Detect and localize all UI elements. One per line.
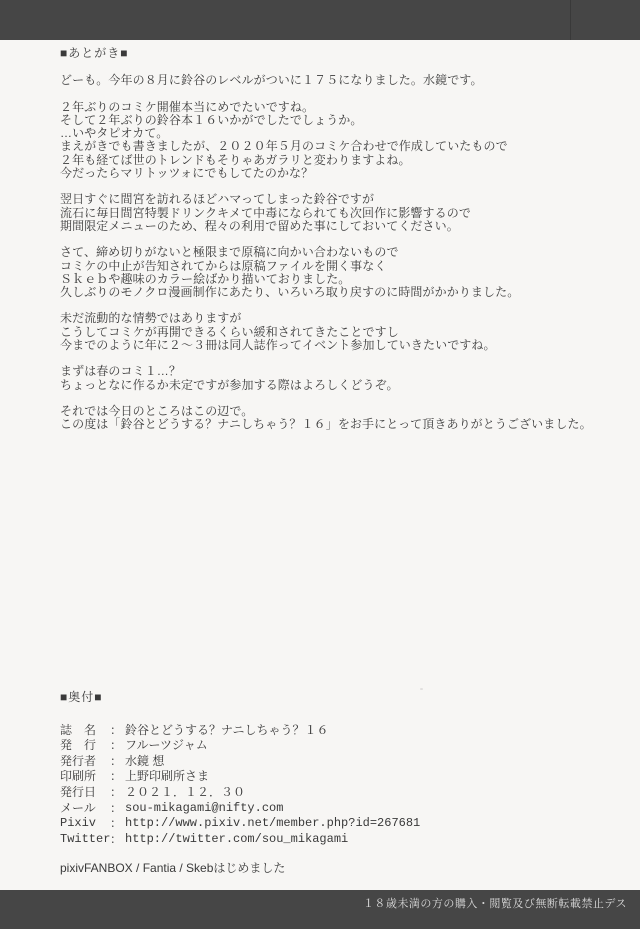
colophon-row-value: 水鏡 想 <box>125 754 620 770</box>
colophon-row-value: 上野印刷所さま <box>125 769 620 785</box>
afterword-section: ■あとがき■ どーも。今年の８月に鈴谷のレベルがついに１７５になりました。水鏡で… <box>60 47 620 445</box>
afterword-line: どーも。今年の８月に鈴谷のレベルがついに１７５になりました。水鏡です。 <box>60 74 620 87</box>
afterword-paragraph: 翌日すぐに間宮を訪れるほどハマってしまった鈴谷ですが流石に毎日間宮特製ドリンクキ… <box>60 193 620 233</box>
afterword-paragraph: それでは今日のところはこの辺で。この度は「鈴谷とどうする？ナニしちゃう？１６」を… <box>60 405 620 432</box>
colophon-row-colon: ： <box>107 723 125 739</box>
top-scan-bar <box>0 0 640 40</box>
colophon-footer-note: pixivFANBOX / Fantia / Skebはじめました <box>60 861 620 877</box>
colophon-row: 発 行：フルーツジャム <box>60 738 620 754</box>
afterword-line: さて、締め切りがないと極限まで原稿に向かい合わないもので <box>60 246 620 259</box>
afterword-line: そして２年ぶりの鈴谷本１６いかがでしたでしょうか。 <box>60 114 620 127</box>
colophon-row-colon: ： <box>107 738 125 754</box>
colophon-row-label: 発行者 <box>60 754 107 770</box>
afterword-line: 今だったらマリトッツォにでもしてたのかな？ <box>60 167 620 180</box>
colophon-row: メール：sou-mikagami@nifty.com <box>60 801 620 817</box>
colophon-row-colon: ： <box>107 801 125 817</box>
afterword-paragraph: ２年ぶりのコミケ開催本当にめでたいですね。そして２年ぶりの鈴谷本１６いかがでした… <box>60 101 620 181</box>
afterword-line: 未だ流動的な情勢ではありますが <box>60 312 620 325</box>
afterword-line: この度は「鈴谷とどうする？ナニしちゃう？１６」をお手にとって頂きありがとうござい… <box>60 418 620 431</box>
colophon-heading: ■奥付■ <box>60 690 620 706</box>
afterword-line: 今までのように年に２～３冊は同人誌作ってイベント参加していきたいですね。 <box>60 339 620 352</box>
colophon-row: Pixiv：http://www.pixiv.net/member.php?id… <box>60 816 620 832</box>
colophon-row-value: http://www.pixiv.net/member.php?id=26768… <box>125 816 620 832</box>
afterword-paragraph: まずは春のコミ１…？ちょっとなに作るか未定ですが参加する際はよろしくどうぞ。 <box>60 365 620 392</box>
colophon-row-value: http://twitter.com/sou_mikagami <box>125 832 620 848</box>
afterword-heading: ■あとがき■ <box>60 47 620 60</box>
colophon-row-value: ２０２１．１２．３０ <box>125 785 620 801</box>
afterword-paragraph: さて、締め切りがないと極限まで原稿に向かい合わないものでコミケの中止が告知されて… <box>60 246 620 299</box>
afterword-line: 期間限定メニューのため、程々の利用で留めた事にしておいてください。 <box>60 220 620 233</box>
colophon-row-label: Twitter <box>60 832 107 848</box>
colophon-row-value: 鈴谷とどうする？ナニしちゃう？１６ <box>125 723 620 739</box>
colophon-row-value: フルーツジャム <box>125 738 620 754</box>
colophon-row-value: sou-mikagami@nifty.com <box>125 801 620 817</box>
colophon-row: 発行日：２０２１．１２．３０ <box>60 785 620 801</box>
afterword-line: ちょっとなに作るか未定ですが参加する際はよろしくどうぞ。 <box>60 379 620 392</box>
scanned-doujinshi-page: ■あとがき■ どーも。今年の８月に鈴谷のレベルがついに１７５になりました。水鏡で… <box>0 0 640 929</box>
colophon-row-label: 発 行 <box>60 738 107 754</box>
colophon-section: ■奥付■ 誌 名：鈴谷とどうする？ナニしちゃう？１６発 行：フルーツジャム発行者… <box>60 690 620 877</box>
afterword-paragraph: 未だ流動的な情勢ではありますがこうしてコミケが再開できるくらい緩和されてきたこと… <box>60 312 620 352</box>
colophon-row-colon: ： <box>107 832 125 848</box>
colophon-row-label: 発行日 <box>60 785 107 801</box>
colophon-row-label: Pixiv <box>60 816 107 832</box>
colophon-row-label: 印刷所 <box>60 769 107 785</box>
colophon-row-label: 誌 名 <box>60 723 107 739</box>
colophon-row: 印刷所：上野印刷所さま <box>60 769 620 785</box>
colophon-table: 誌 名：鈴谷とどうする？ナニしちゃう？１６発 行：フルーツジャム発行者：水鏡 想… <box>60 723 620 848</box>
afterword-paragraph: どーも。今年の８月に鈴谷のレベルがついに１７５になりました。水鏡です。 <box>60 74 620 87</box>
colophon-row-label: メール <box>60 801 107 817</box>
afterword-line: 翌日すぐに間宮を訪れるほどハマってしまった鈴谷ですが <box>60 193 620 206</box>
bottom-scan-bar: １８歳未満の方の購入・閲覧及び無断転載禁止デス <box>0 890 640 929</box>
colophon-row-colon: ： <box>107 769 125 785</box>
colophon-row: Twitter：http://twitter.com/sou_mikagami <box>60 832 620 848</box>
afterword-line: 流石に毎日間宮特製ドリンクキメて中毒になられても次回作に影響するので <box>60 207 620 220</box>
afterword-line: コミケの中止が告知されてからは原稿ファイルを開く事なく <box>60 260 620 273</box>
colophon-row: 誌 名：鈴谷とどうする？ナニしちゃう？１６ <box>60 723 620 739</box>
afterword-line: ２年ぶりのコミケ開催本当にめでたいですね。 <box>60 101 620 114</box>
afterword-line: まえがきでも書きましたが、２０２０年５月のコミケ合わせで作成していたもので <box>60 140 620 153</box>
colophon-row-colon: ： <box>107 816 125 832</box>
afterword-line: まずは春のコミ１…？ <box>60 365 620 378</box>
colophon-row-colon: ： <box>107 785 125 801</box>
afterword-body: どーも。今年の８月に鈴谷のレベルがついに１７５になりました。水鏡です。２年ぶりの… <box>60 74 620 431</box>
colophon-row-colon: ： <box>107 754 125 770</box>
age-restriction-disclaimer: １８歳未満の方の購入・閲覧及び無断転載禁止デス <box>363 895 627 911</box>
colophon-row: 発行者：水鏡 想 <box>60 754 620 770</box>
scan-speckle <box>420 688 423 690</box>
afterword-line: 久しぶりのモノクロ漫画制作にあたり、いろいろ取り戻すのに時間がかかりました。 <box>60 286 620 299</box>
